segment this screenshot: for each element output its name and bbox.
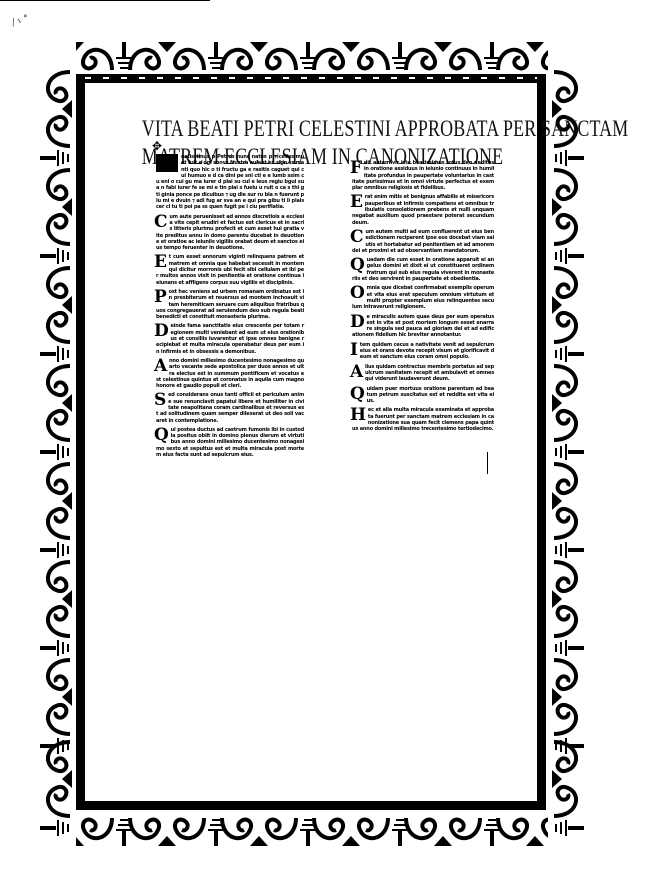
paragraph: Et cum esset annorum viginti relinquens … xyxy=(156,254,304,285)
right-text-column: Fuit autem vir iste beatissimus totus de… xyxy=(352,160,494,436)
paragraph: Item quidam cecus a nativitate venit ad … xyxy=(352,342,494,361)
drop-cap: F xyxy=(350,161,362,176)
drop-cap: E xyxy=(350,195,363,210)
drop-cap: P xyxy=(154,290,167,305)
top-ornament-border-icon xyxy=(36,40,588,76)
drop-cap: H xyxy=(350,408,366,423)
drop-cap: Q xyxy=(154,428,169,443)
drop-cap: C xyxy=(154,215,167,230)
drop-cap: C xyxy=(350,230,363,245)
paragraph: Quidam puer mortuus oratione parentum ad… xyxy=(352,386,494,405)
scan-edge-line xyxy=(0,0,210,1)
paragraph: Fuit autem vir iste beatissimus totus de… xyxy=(352,160,494,191)
fleuron-icon: ✥ xyxy=(152,140,162,152)
left-ornament-border-icon xyxy=(36,40,76,848)
paragraph: Deinde fama sanctitatis eius crescente p… xyxy=(156,323,304,354)
paragraph: Omnia que dicebat confirmabat exemplis o… xyxy=(352,285,494,310)
bottom-ornament-border-icon xyxy=(36,812,588,848)
paragraph: De miraculis autem quae deus per eum ope… xyxy=(352,314,494,339)
paragraph: Alius quidam contractus membris portatus… xyxy=(352,364,494,383)
paragraph: Qui postea ductus ad castrum fumonis ibi… xyxy=(156,427,304,458)
right-ornament-border-icon xyxy=(548,40,588,848)
handwritten-annotation: ⁄ ₁ ∘ xyxy=(10,10,30,28)
paragraph: Cum autem multi ad eum confluerent ut ei… xyxy=(352,229,494,254)
drop-cap: Q xyxy=(350,258,365,273)
drop-cap: D xyxy=(350,315,365,330)
drop-cap: D xyxy=(154,324,169,339)
inner-black-frame: VITA BEATI PETRI CELESTINI APPROBATA PER… xyxy=(76,74,546,810)
drop-cap: A xyxy=(154,359,167,374)
drop-cap: Q xyxy=(350,387,365,402)
drop-cap: E xyxy=(154,255,167,270)
drop-cap: A xyxy=(350,365,363,380)
paragraph: Erat enim mitis et benignus affabilis et… xyxy=(352,194,494,225)
paragraph: Hec et alia multa miracula examinata et … xyxy=(352,407,494,432)
paragraph: Cum aute peruenisset ad annos discretioi… xyxy=(156,214,304,252)
paragraph: eatissimus p Petrus nunc natus p ⁊ cetis… xyxy=(156,154,304,211)
margin-mark xyxy=(487,452,488,474)
initial-block-icon xyxy=(156,154,178,172)
left-text-column: eatissimus p Petrus nunc natus p ⁊ cetis… xyxy=(156,154,304,461)
paragraph: Post hec veniens ad urbem romanam ordina… xyxy=(156,289,304,320)
page-content: VITA BEATI PETRI CELESTINI APPROBATA PER… xyxy=(94,92,528,792)
paragraph: Quadam die cum esset in oratione apparui… xyxy=(352,257,494,282)
drop-cap: O xyxy=(350,286,365,301)
ornamental-frame: VITA BEATI PETRI CELESTINI APPROBATA PER… xyxy=(36,40,588,848)
drop-cap: S xyxy=(154,393,166,408)
paragraph: Anno domini millesimo ducentesimo nonage… xyxy=(156,358,304,389)
title-line-1: VITA BEATI PETRI CELESTINI APPROBATA PER… xyxy=(142,115,481,143)
paragraph: Sed considerans onus tanti officii et pe… xyxy=(156,392,304,423)
drop-cap: I xyxy=(350,343,358,358)
